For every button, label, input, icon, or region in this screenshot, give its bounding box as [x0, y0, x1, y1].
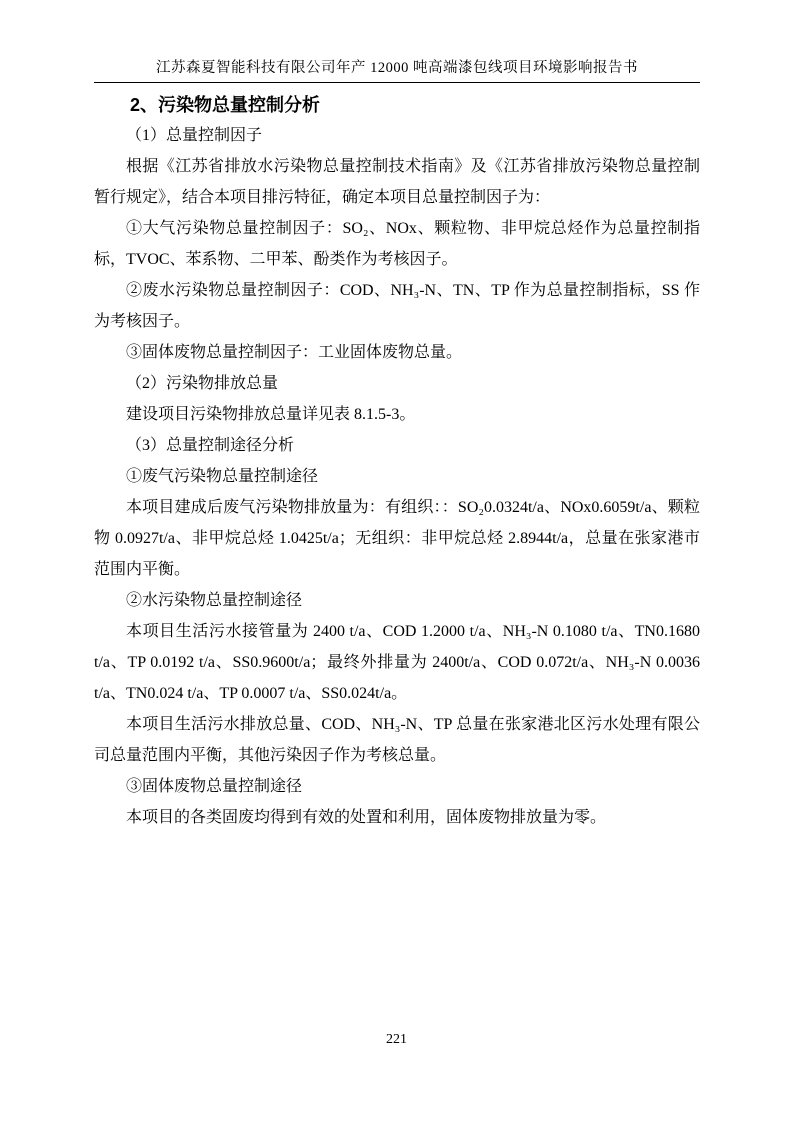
paragraph: 本项目生活污水接管量为 2400 t/a、COD 1.2000 t/a、NH₃-…: [94, 616, 700, 709]
paragraph: ②废水污染物总量控制因子：COD、NH₃-N、TN、TP 作为总量控制指标，SS…: [94, 275, 700, 337]
paragraph: 建设项目污染物排放总量详见表 8.1.5-3。: [94, 399, 700, 430]
paragraph: ①废气污染物总量控制途径: [94, 461, 700, 492]
section-heading: 2、污染物总量控制分析: [94, 90, 700, 120]
paragraph: 本项目建成后废气污染物排放量为：有组织：：SO₂0.0324t/a、NOx0.6…: [94, 492, 700, 585]
paragraph: 本项目生活污水排放总量、COD、NH₃-N、TP 总量在张家港北区污水处理有限公…: [94, 709, 700, 771]
document-page: 江苏森夏智能科技有限公司年产 12000 吨高端漆包线项目环境影响报告书 2、污…: [0, 0, 793, 1122]
page-header: 江苏森夏智能科技有限公司年产 12000 吨高端漆包线项目环境影响报告书: [94, 0, 700, 83]
page-number: 221: [386, 1032, 407, 1047]
header-title: 江苏森夏智能科技有限公司年产 12000 吨高端漆包线项目环境影响报告书: [156, 58, 638, 78]
paragraph: （3）总量控制途径分析: [94, 430, 700, 461]
paragraph: 根据《江苏省排放水污染物总量控制技术指南》及《江苏省排放污染物总量控制暂行规定》…: [94, 151, 700, 213]
paragraph: 本项目的各类固废均得到有效的处置和利用，固体废物排放量为零。: [94, 802, 700, 833]
document-body: 2、污染物总量控制分析 （1）总量控制因子 根据《江苏省排放水污染物总量控制技术…: [94, 90, 700, 833]
paragraph: ①大气污染物总量控制因子：SO₂、NOx、颗粒物、非甲烷总烃作为总量控制指标，T…: [94, 213, 700, 275]
paragraph: ②水污染物总量控制途径: [94, 585, 700, 616]
paragraph: ③固体废物总量控制途径: [94, 771, 700, 802]
paragraph: （1）总量控制因子: [94, 120, 700, 151]
page-footer: 221: [0, 1030, 793, 1049]
paragraph: ③固体废物总量控制因子：工业固体废物总量。: [94, 337, 700, 368]
paragraph: （2）污染物排放总量: [94, 368, 700, 399]
